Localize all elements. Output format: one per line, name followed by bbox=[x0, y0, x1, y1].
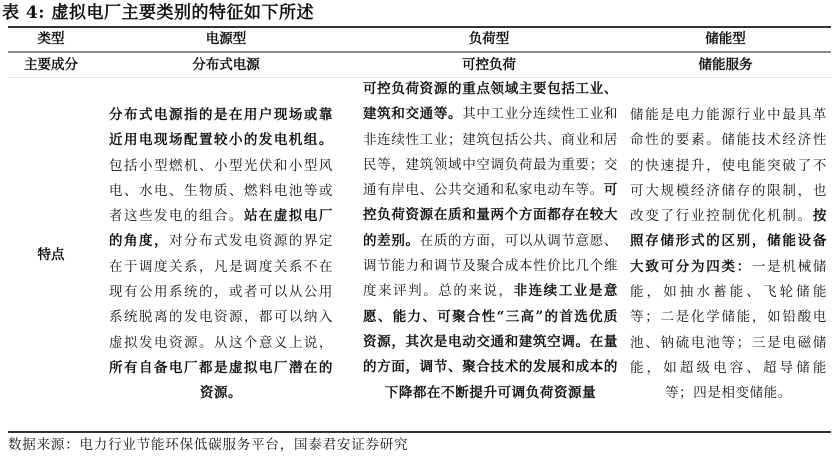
header-storage: 储能型 bbox=[620, 29, 831, 49]
text-bold: 非连续工业是意愿、能力、可聚合性“三高”的首选优质资源，其次是电动交通和建筑空调… bbox=[363, 283, 618, 400]
text-bold: 分布式电源指的是在用户现场或靠近用电现场配置较小的发电机组。 bbox=[109, 107, 333, 148]
text: 一是机械储能，如抽水蓄能、飞轮储能等；二是化学储能，如铅酸电池、钠硫电池等；三是… bbox=[630, 259, 827, 401]
row-label-features: 特点 bbox=[8, 245, 94, 265]
header-power-source: 电源型 bbox=[94, 29, 358, 49]
data-source-note: 数据来源：电力行业节能环保低碳服务平台，国泰君安证券研究 bbox=[8, 435, 408, 455]
features-power-source: 分布式电源指的是在用户现场或靠近用电现场配置较小的发电机组。包括小型燃机、小型光… bbox=[109, 103, 333, 407]
header-rule bbox=[8, 51, 831, 53]
header-load: 负荷型 bbox=[358, 29, 620, 49]
text: 对分布式发电资源的界定在于调度关系，凡是调度关系不在现有公用系统的，或者可以从公… bbox=[109, 233, 333, 350]
features-load: 可控负荷资源的重点领域主要包括工业、建筑和交通等。其中工业分连续性工业和非连续性… bbox=[363, 77, 618, 406]
main-component-storage: 储能服务 bbox=[620, 55, 831, 75]
table-top-rule bbox=[8, 26, 831, 28]
table-bottom-rule bbox=[8, 431, 831, 433]
header-type: 类型 bbox=[8, 29, 94, 49]
main-component-load: 可控负荷 bbox=[358, 55, 620, 75]
features-storage: 储能是电力能源行业中最具革命性的要素。储能技术经济性的快速提升，使电能突破了不可… bbox=[630, 103, 827, 407]
row-label-main-components: 主要成分 bbox=[8, 55, 94, 75]
text-bold: 所有自备电厂都是虚拟电厂潜在的资源。 bbox=[109, 360, 333, 401]
table-title: 表 4: 虚拟电厂主要类别的特征如下所述 bbox=[2, 2, 314, 24]
main-component-power-source: 分布式电源 bbox=[94, 55, 358, 75]
text: 储能是电力能源行业中最具革命性的要素。储能技术经济性的快速提升，使电能突破了不可… bbox=[630, 107, 827, 224]
